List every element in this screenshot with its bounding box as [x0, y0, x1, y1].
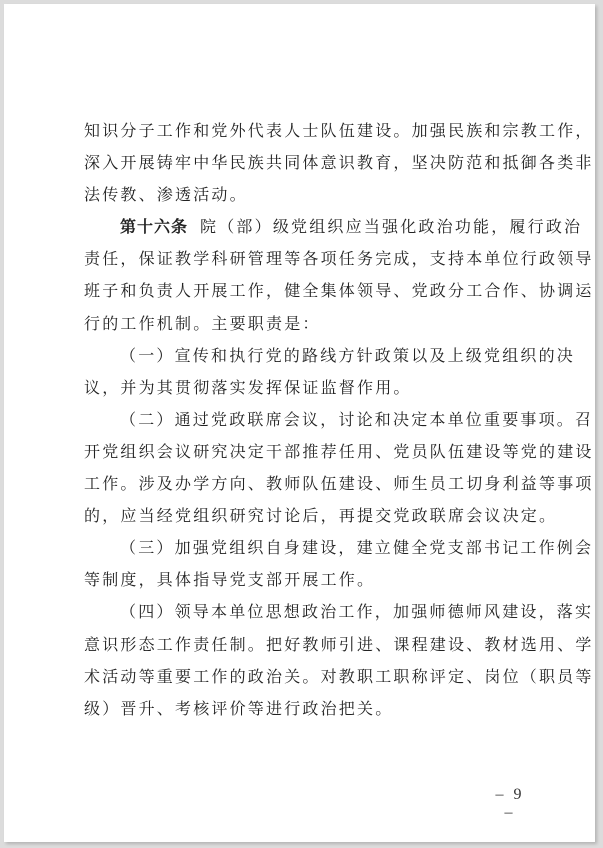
text-line: 术活动等重要工作的政治关。对教职工职称评定、岗位（职员等 — [84, 661, 544, 693]
duty-item-3: （三）加强党组织自身建设，建立健全党支部书记工作例会 等制度，具体指导党支部开展… — [84, 532, 544, 596]
article-lead-text: 院（部）级党组织应当强化政治功能，履行政治 — [200, 217, 582, 236]
text-line: 意识形态工作责任制。把好教师引进、课程建设、教材选用、学 — [84, 629, 544, 661]
page-number: – 9 – — [488, 786, 532, 822]
paragraph-continuation: 知识分子工作和党外代表人士队伍建设。加强民族和宗教工作， 深入开展铸牢中华民族共… — [84, 115, 544, 211]
text-line: 开党组织会议研究决定干部推荐任用、党员队伍建设等党的建设 — [84, 436, 544, 468]
item-first-line: （一）宣传和执行党的路线方针政策以及上级党组织的决 — [84, 340, 544, 372]
item-first-line: （四）领导本单位思想政治工作，加强师德师风建设，落实 — [84, 596, 544, 628]
duty-item-2: （二）通过党政联席会议，讨论和决定本单位重要事项。召 开党组织会议研究决定干部推… — [84, 404, 544, 532]
text-line: 法传教、渗透活动。 — [84, 179, 544, 211]
item-first-line: （三）加强党组织自身建设，建立健全党支部书记工作例会 — [84, 532, 544, 564]
article-number: 第十六条 — [120, 217, 188, 236]
text-line: 知识分子工作和党外代表人士队伍建设。加强民族和宗教工作， — [84, 115, 544, 147]
text-line: 行的工作机制。主要职责是： — [84, 308, 544, 340]
text-line: 议，并为其贯彻落实发挥保证监督作用。 — [84, 372, 544, 404]
article-16: 第十六条院（部）级党组织应当强化政治功能，履行政治 责任，保证教学科研管理等各项… — [84, 211, 544, 339]
duty-item-1: （一）宣传和执行党的路线方针政策以及上级党组织的决 议，并为其贯彻落实发挥保证监… — [84, 340, 544, 404]
item-first-line: （二）通过党政联席会议，讨论和决定本单位重要事项。召 — [84, 404, 544, 436]
duty-item-4: （四）领导本单位思想政治工作，加强师德师风建设，落实 意识形态工作责任制。把好教… — [84, 596, 544, 724]
text-line: 级）晋升、考核评价等进行政治把关。 — [84, 693, 544, 725]
article-first-line: 第十六条院（部）级党组织应当强化政治功能，履行政治 — [84, 211, 544, 243]
text-line: 班子和负责人开展工作，健全集体领导、党政分工合作、协调运 — [84, 275, 544, 307]
text-line: 的，应当经党组织研究讨论后，再提交党政联席会议决定。 — [84, 500, 544, 532]
document-body: 知识分子工作和党外代表人士队伍建设。加强民族和宗教工作， 深入开展铸牢中华民族共… — [84, 115, 544, 725]
document-page: 知识分子工作和党外代表人士队伍建设。加强民族和宗教工作， 深入开展铸牢中华民族共… — [4, 4, 595, 842]
text-line: 深入开展铸牢中华民族共同体意识教育，坚决防范和抵御各类非 — [84, 147, 544, 179]
text-line: 责任，保证教学科研管理等各项任务完成，支持本单位行政领导 — [84, 243, 544, 275]
text-line: 等制度，具体指导党支部开展工作。 — [84, 564, 544, 596]
text-line: 工作。涉及办学方向、教师队伍建设、师生员工切身利益等事项 — [84, 468, 544, 500]
